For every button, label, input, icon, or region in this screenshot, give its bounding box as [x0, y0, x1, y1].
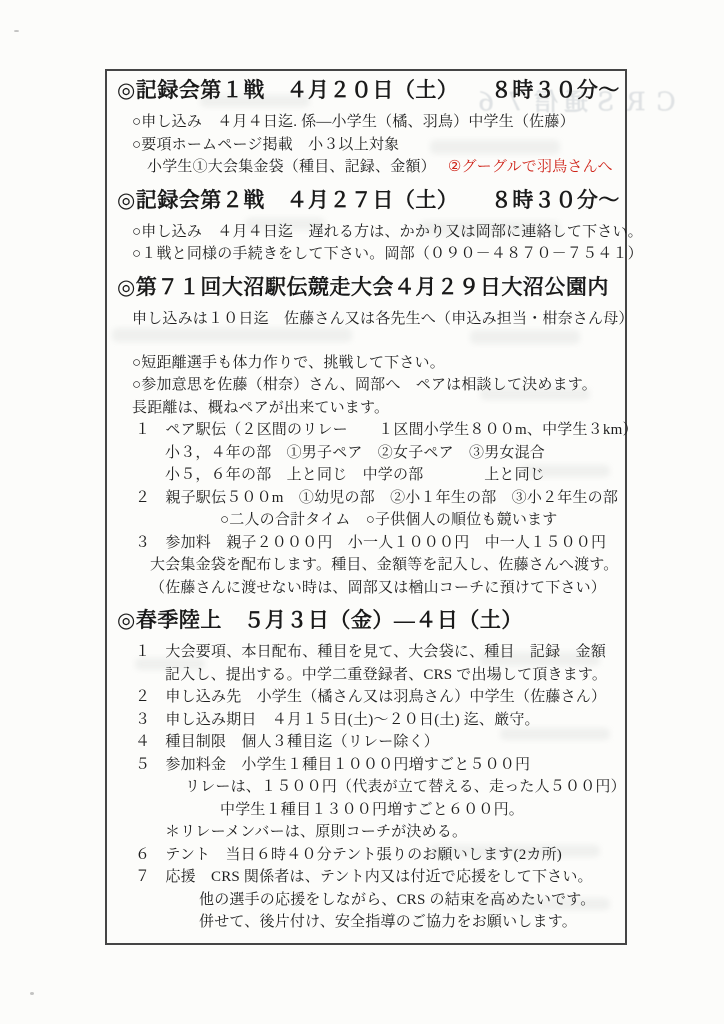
s1-collection-black-text: 小学生①大会集金袋（種目、記録、金額） [147, 159, 436, 175]
s4-item-4-event-limit: ４ 種目制限 個人３種目迄（リレー除く） [107, 731, 625, 754]
s4-item-2-entry-contact: ２ 申し込み先 小学生（橘さん又は羽鳥さん）中学生（佐藤さん） [107, 686, 625, 709]
s1-line-collection: 小学生①大会集金袋（種目、記録、金額）②グーグルで羽鳥さんへ [107, 156, 625, 179]
s4-line-cleanup-request: 併せて、後片付け、安全指導のご協力をお願いします。 [107, 911, 625, 934]
s3-line-intent: ○参加意思を佐藤（柑奈）さん、岡部へ ペアは相談して決めます。 [107, 374, 625, 397]
s4-item-6-tent: ６ テント 当日６時４０分テント張りのお願いします(2カ所) [107, 844, 625, 867]
s1-collection-red-text: ②グーグルで羽鳥さんへ [448, 159, 613, 175]
s4-line-relay-members-note: ＊リレーメンバーは、原則コーチが決める。 [107, 821, 625, 844]
scan-speck [30, 992, 34, 995]
s4-item-7-cheering: ７ 応援 CRS 関係者は、テント内又は付近で応援をして下さい。 [107, 866, 625, 889]
s3-item-3-fees: ３ 参加料 親子２０００円 小一人１０００円 中一人１５００円 [107, 532, 625, 555]
s4-item-1-requirements: １ 大会要項、本日配布、種目を見て、大会袋に、種目 記録 金額 [107, 641, 625, 664]
s2-line-procedure: ○１戦と同様の手続きをして下さい。岡部（０９０－４８７０－７５４１） [107, 243, 625, 266]
blank-line [107, 330, 625, 352]
s3-line-sprinters: ○短距離選手も体力作りで、挑戦して下さい。 [107, 352, 625, 375]
section-4-heading: ◎春季陸上 ５月３日（金）―４日（土） [117, 606, 625, 634]
s3-line-entry: 申し込みは１０日迄 佐藤さん又は各先生へ（申込み担当・柑奈さん母） [107, 308, 625, 331]
s3-line-grade56: 小５，６年の部 上と同じ 中学の部 上と同じ [107, 464, 625, 487]
section-3-heading: ◎第７１回大沼駅伝競走大会４月２９日大沼公園内 [117, 273, 625, 301]
scan-speck [14, 30, 19, 32]
s1-line-entry: ○申し込み ４月４日迄. 係―小学生（橘、羽鳥）中学生（佐藤） [107, 111, 625, 134]
s3-item-1-pair-ekiden: １ ペア駅伝（２区間のリレー １区間小学生８００m、中学生３km） [107, 419, 625, 442]
s4-line-relay-fee: リレーは、１５００円（代表が立て替える、走った人５００円） [107, 776, 625, 799]
s4-item-3-entry-deadline: ３ 申し込み期日 ４月１５日(土)～２０日(土) 迄、厳守。 [107, 709, 625, 732]
s3-line-envelope-note: （佐藤さんに渡せない時は、岡部又は楢山コーチに預けて下さい） [107, 577, 625, 600]
s3-line-grade34: 小３，４年の部 ①男子ペア ②女子ペア ③男女混合 [107, 442, 625, 465]
s3-line-longdistance: 長距離は、概ねペアが出来ています。 [107, 397, 625, 420]
s4-line-cheering-continued: 他の選手の応援をしながら、CRS の結束を高めたいです。 [107, 889, 625, 912]
s4-line-junior-high-fee: 中学生１種目１３００円増すごと６００円。 [107, 799, 625, 822]
s3-line-scoring: ○二人の合計タイム ○子供個人の順位も競います [107, 509, 625, 532]
s3-line-envelope: 大会集金袋を配布します。種目、金額等を記入し、佐藤さんへ渡す。 [107, 554, 625, 577]
s4-item-5-fees: ５ 参加料金 小学生１種目１０００円増すごと５００円 [107, 754, 625, 777]
notice-border-box: ◎記録会第１戦 ４月２０日（土） ８時３０分～ ○申し込み ４月４日迄. 係―小… [105, 69, 627, 945]
s2-line-entry: ○申し込み ４月４日迄 遅れる方は、かかり又は岡部に連絡して下さい。 [107, 221, 625, 244]
s1-line-webinfo: ○要項ホームページ掲載 小３以上対象 [107, 134, 625, 157]
section-1-heading: ◎記録会第１戦 ４月２０日（土） ８時３０分～ [117, 76, 625, 104]
scanned-notice-page: { "page": { "accent_red": "#cf2318", "in… [0, 0, 724, 1024]
section-2-heading: ◎記録会第２戦 ４月２７日（土） ８時３０分～ [117, 186, 625, 214]
s4-item-1-continued: 記入し、提出する。中学二重登録者、CRS で出場して頂きます。 [107, 664, 625, 687]
s3-item-2-parent-child-ekiden: ２ 親子駅伝５００m ①幼児の部 ②小１年生の部 ③小２年生の部 [107, 487, 625, 510]
